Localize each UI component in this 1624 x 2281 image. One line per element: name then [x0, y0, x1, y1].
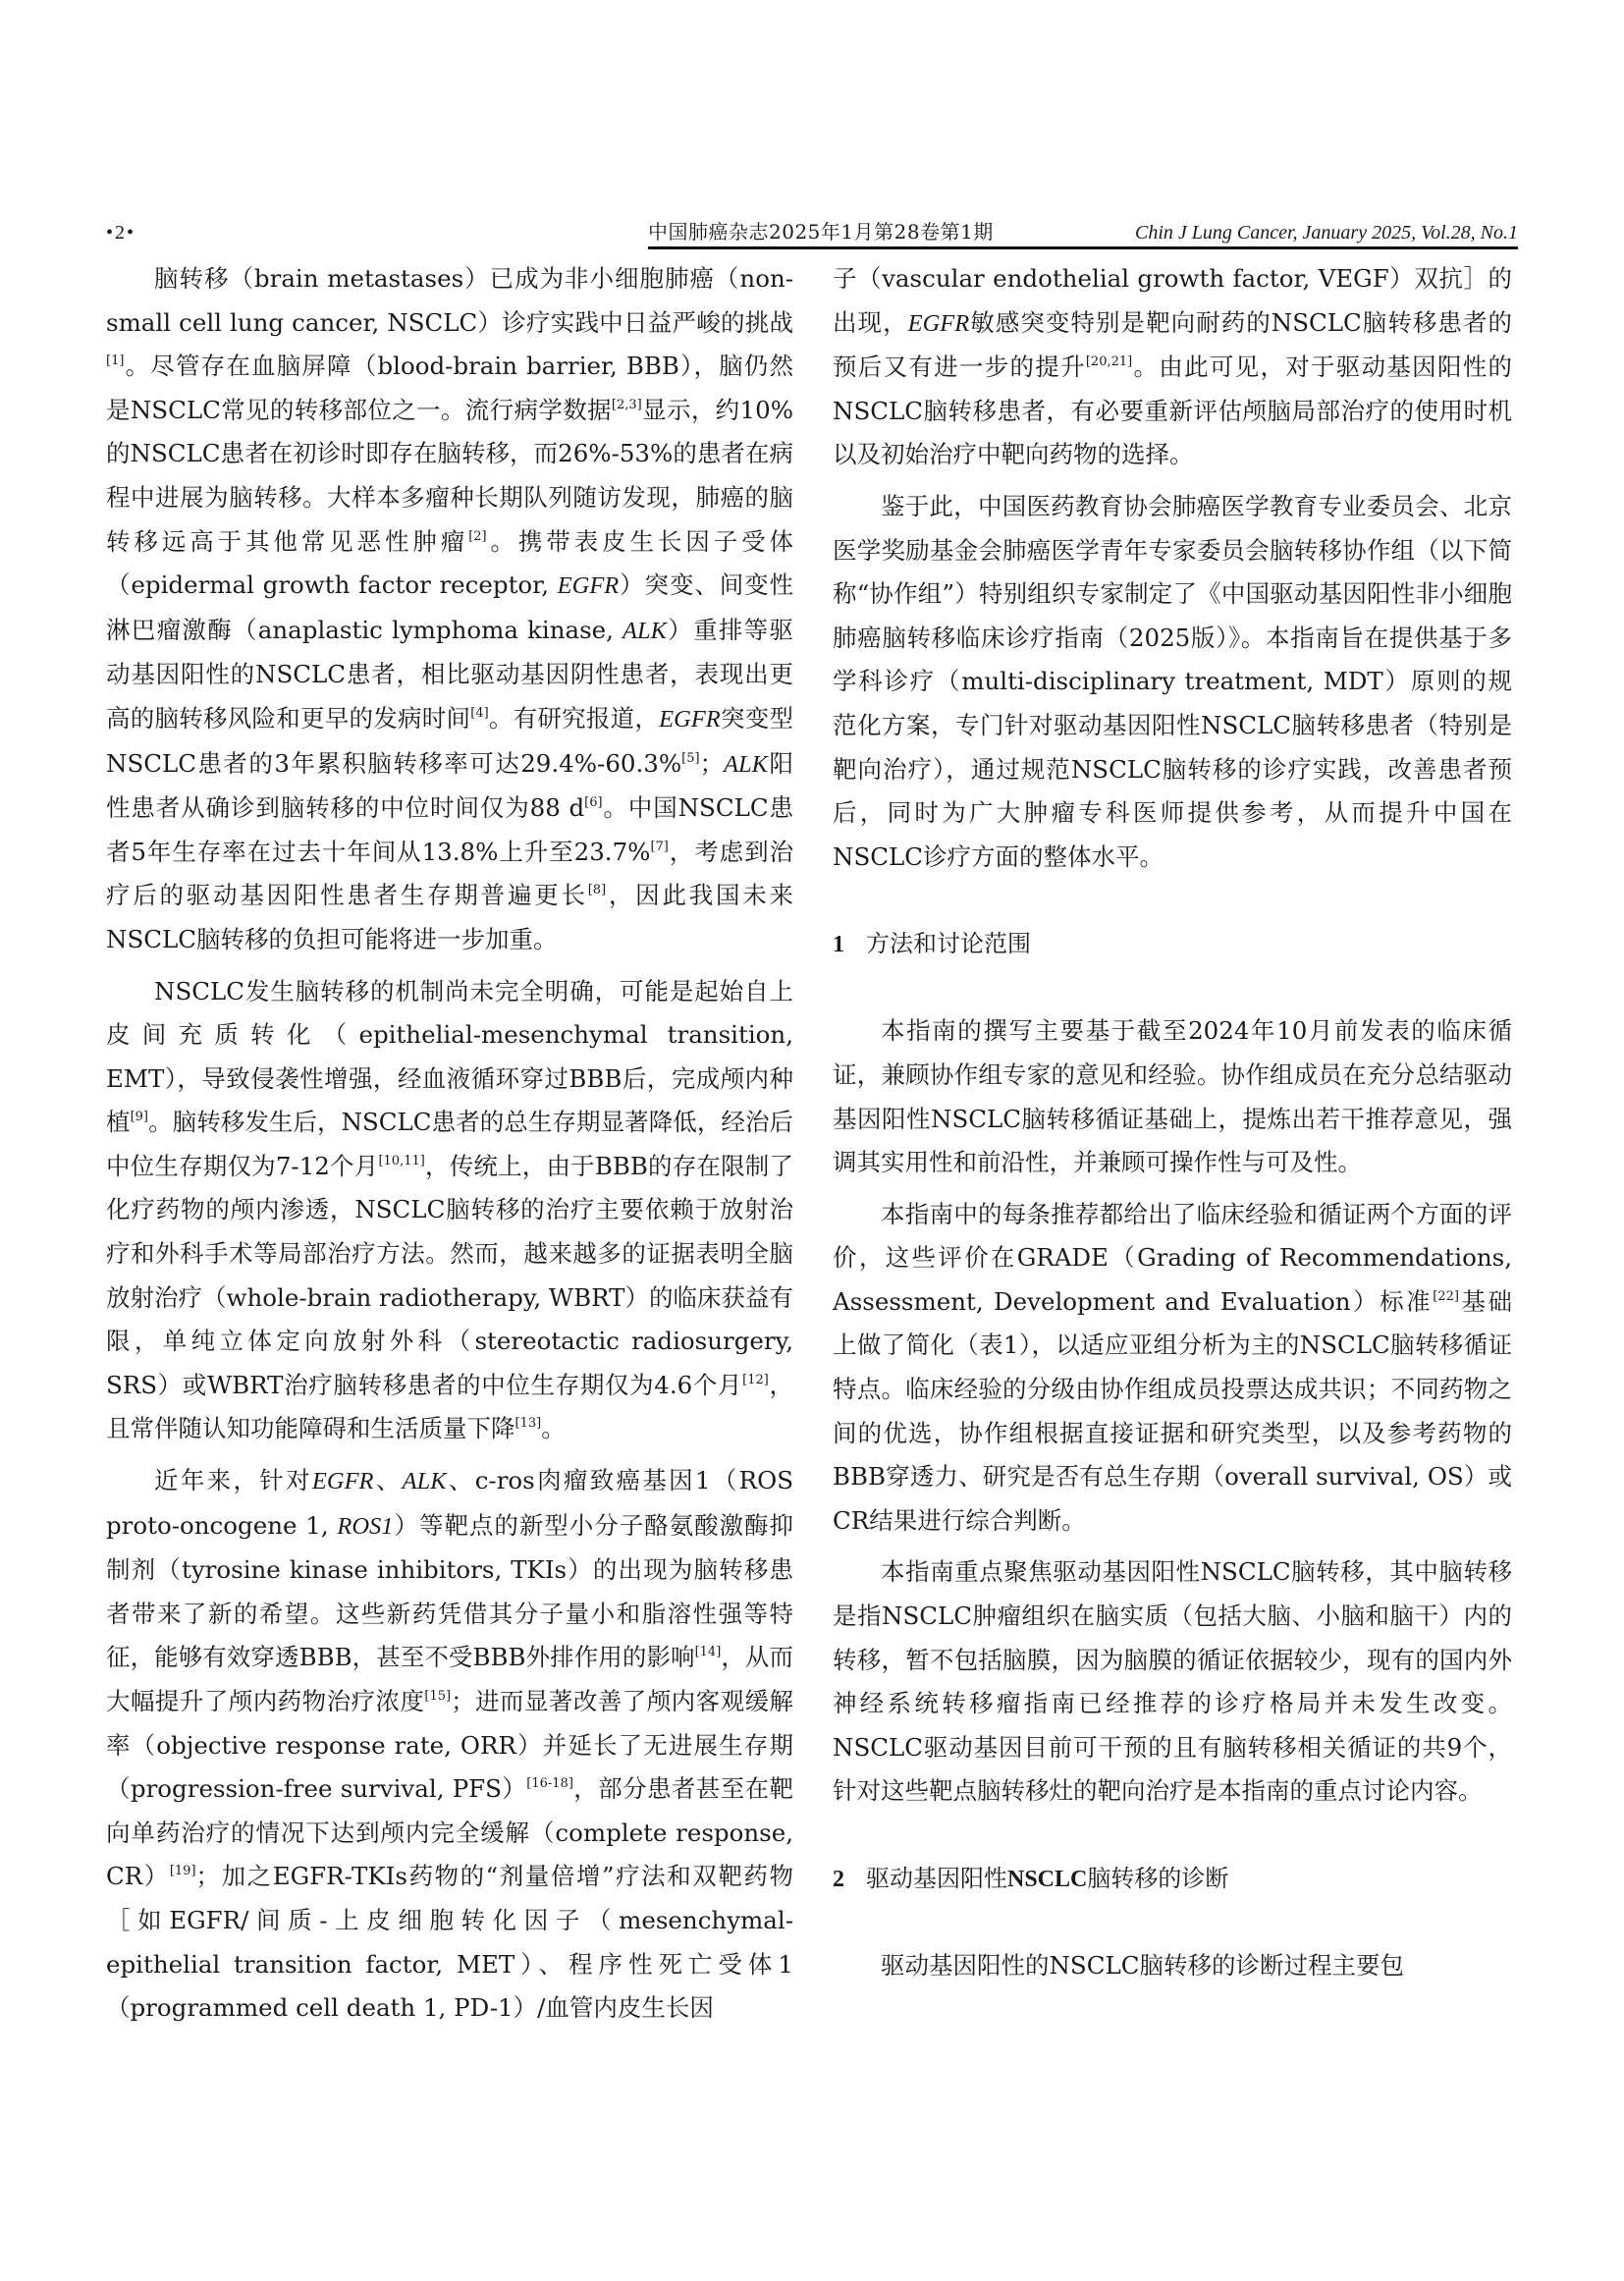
section-title: 方法和讨论范围 — [866, 930, 1031, 957]
citation[interactable]: [16-18] — [526, 1776, 573, 1791]
citation[interactable]: [2] — [468, 529, 486, 544]
paragraph-tki: 近年来，针对EGFR、ALK、c-ros肉瘤致癌基因1（ROS proto-on… — [106, 1459, 793, 2031]
paragraph-purpose: 鉴于此，中国医药教育协会肺癌医学教育专业委员会、北京医学奖励基金会肺癌医学青年专… — [833, 485, 1512, 879]
section-heading-diagnosis: 2驱动基因阳性NSCLC脑转移的诊断 — [833, 1857, 1512, 1901]
paragraph-methods: 本指南的撰写主要基于截至2024年10月前发表的临床循证，兼顾协作组专家的意见和… — [833, 1009, 1512, 1184]
left-column: 脑转移（brain metastases）已成为非小细胞肺癌（non-small… — [106, 257, 793, 2031]
citation[interactable]: [6] — [584, 795, 602, 810]
citation[interactable]: [1] — [106, 353, 124, 368]
paragraph-grade: 本指南中的每条推荐都给出了临床经验和循证两个方面的评价，这些评价在GRADE（G… — [833, 1193, 1512, 1544]
paragraph-diagnosis: 驱动基因阳性的NSCLC脑转移的诊断过程主要包 — [833, 1944, 1512, 1988]
section-heading-methods: 1方法和讨论范围 — [833, 922, 1512, 966]
citation[interactable]: [22] — [1433, 1289, 1459, 1304]
section-number: 1 — [833, 932, 844, 957]
right-column: 子（vascular endothelial growth factor, VE… — [833, 257, 1512, 1988]
citation[interactable]: [9] — [131, 1110, 148, 1124]
page-number: •2• — [106, 222, 135, 244]
journal-title-en: Chin J Lung Cancer, January 2025, Vol.28… — [1135, 222, 1518, 244]
paragraph-mechanism: NSCLC发生脑转移的机制尚未完全明确，可能是起始自上皮间充质转化（epithe… — [106, 970, 793, 1452]
citation[interactable]: [12] — [742, 1373, 769, 1387]
citation[interactable]: [4] — [470, 706, 488, 721]
citation[interactable]: [8] — [588, 883, 606, 897]
paragraph-scope: 本指南重点聚焦驱动基因阳性NSCLC脑转移，其中脑转移是指NSCLC肿瘤组织在脑… — [833, 1550, 1512, 1814]
citation[interactable]: [14] — [695, 1645, 722, 1659]
section-number: 2 — [833, 1867, 844, 1892]
citation[interactable]: [15] — [424, 1689, 451, 1704]
citation[interactable]: [2,3] — [612, 398, 642, 412]
paragraph-intro: 脑转移（brain metastases）已成为非小细胞肺癌（non-small… — [106, 257, 793, 962]
citation[interactable]: [7] — [650, 840, 668, 854]
citation[interactable]: [5] — [681, 751, 699, 766]
journal-title-cn: 中国肺癌杂志2025年1月第28卷第1期 — [648, 216, 994, 244]
paragraph-continued: 子（vascular endothelial growth factor, VE… — [833, 257, 1512, 477]
citation[interactable]: [20,21] — [1086, 354, 1132, 369]
citation[interactable]: [19] — [170, 1864, 196, 1878]
running-header: 中国肺癌杂志2025年1月第28卷第1期 Chin J Lung Cancer,… — [648, 216, 1518, 249]
citation[interactable]: [13] — [515, 1416, 542, 1431]
citation[interactable]: [10,11] — [378, 1154, 424, 1168]
